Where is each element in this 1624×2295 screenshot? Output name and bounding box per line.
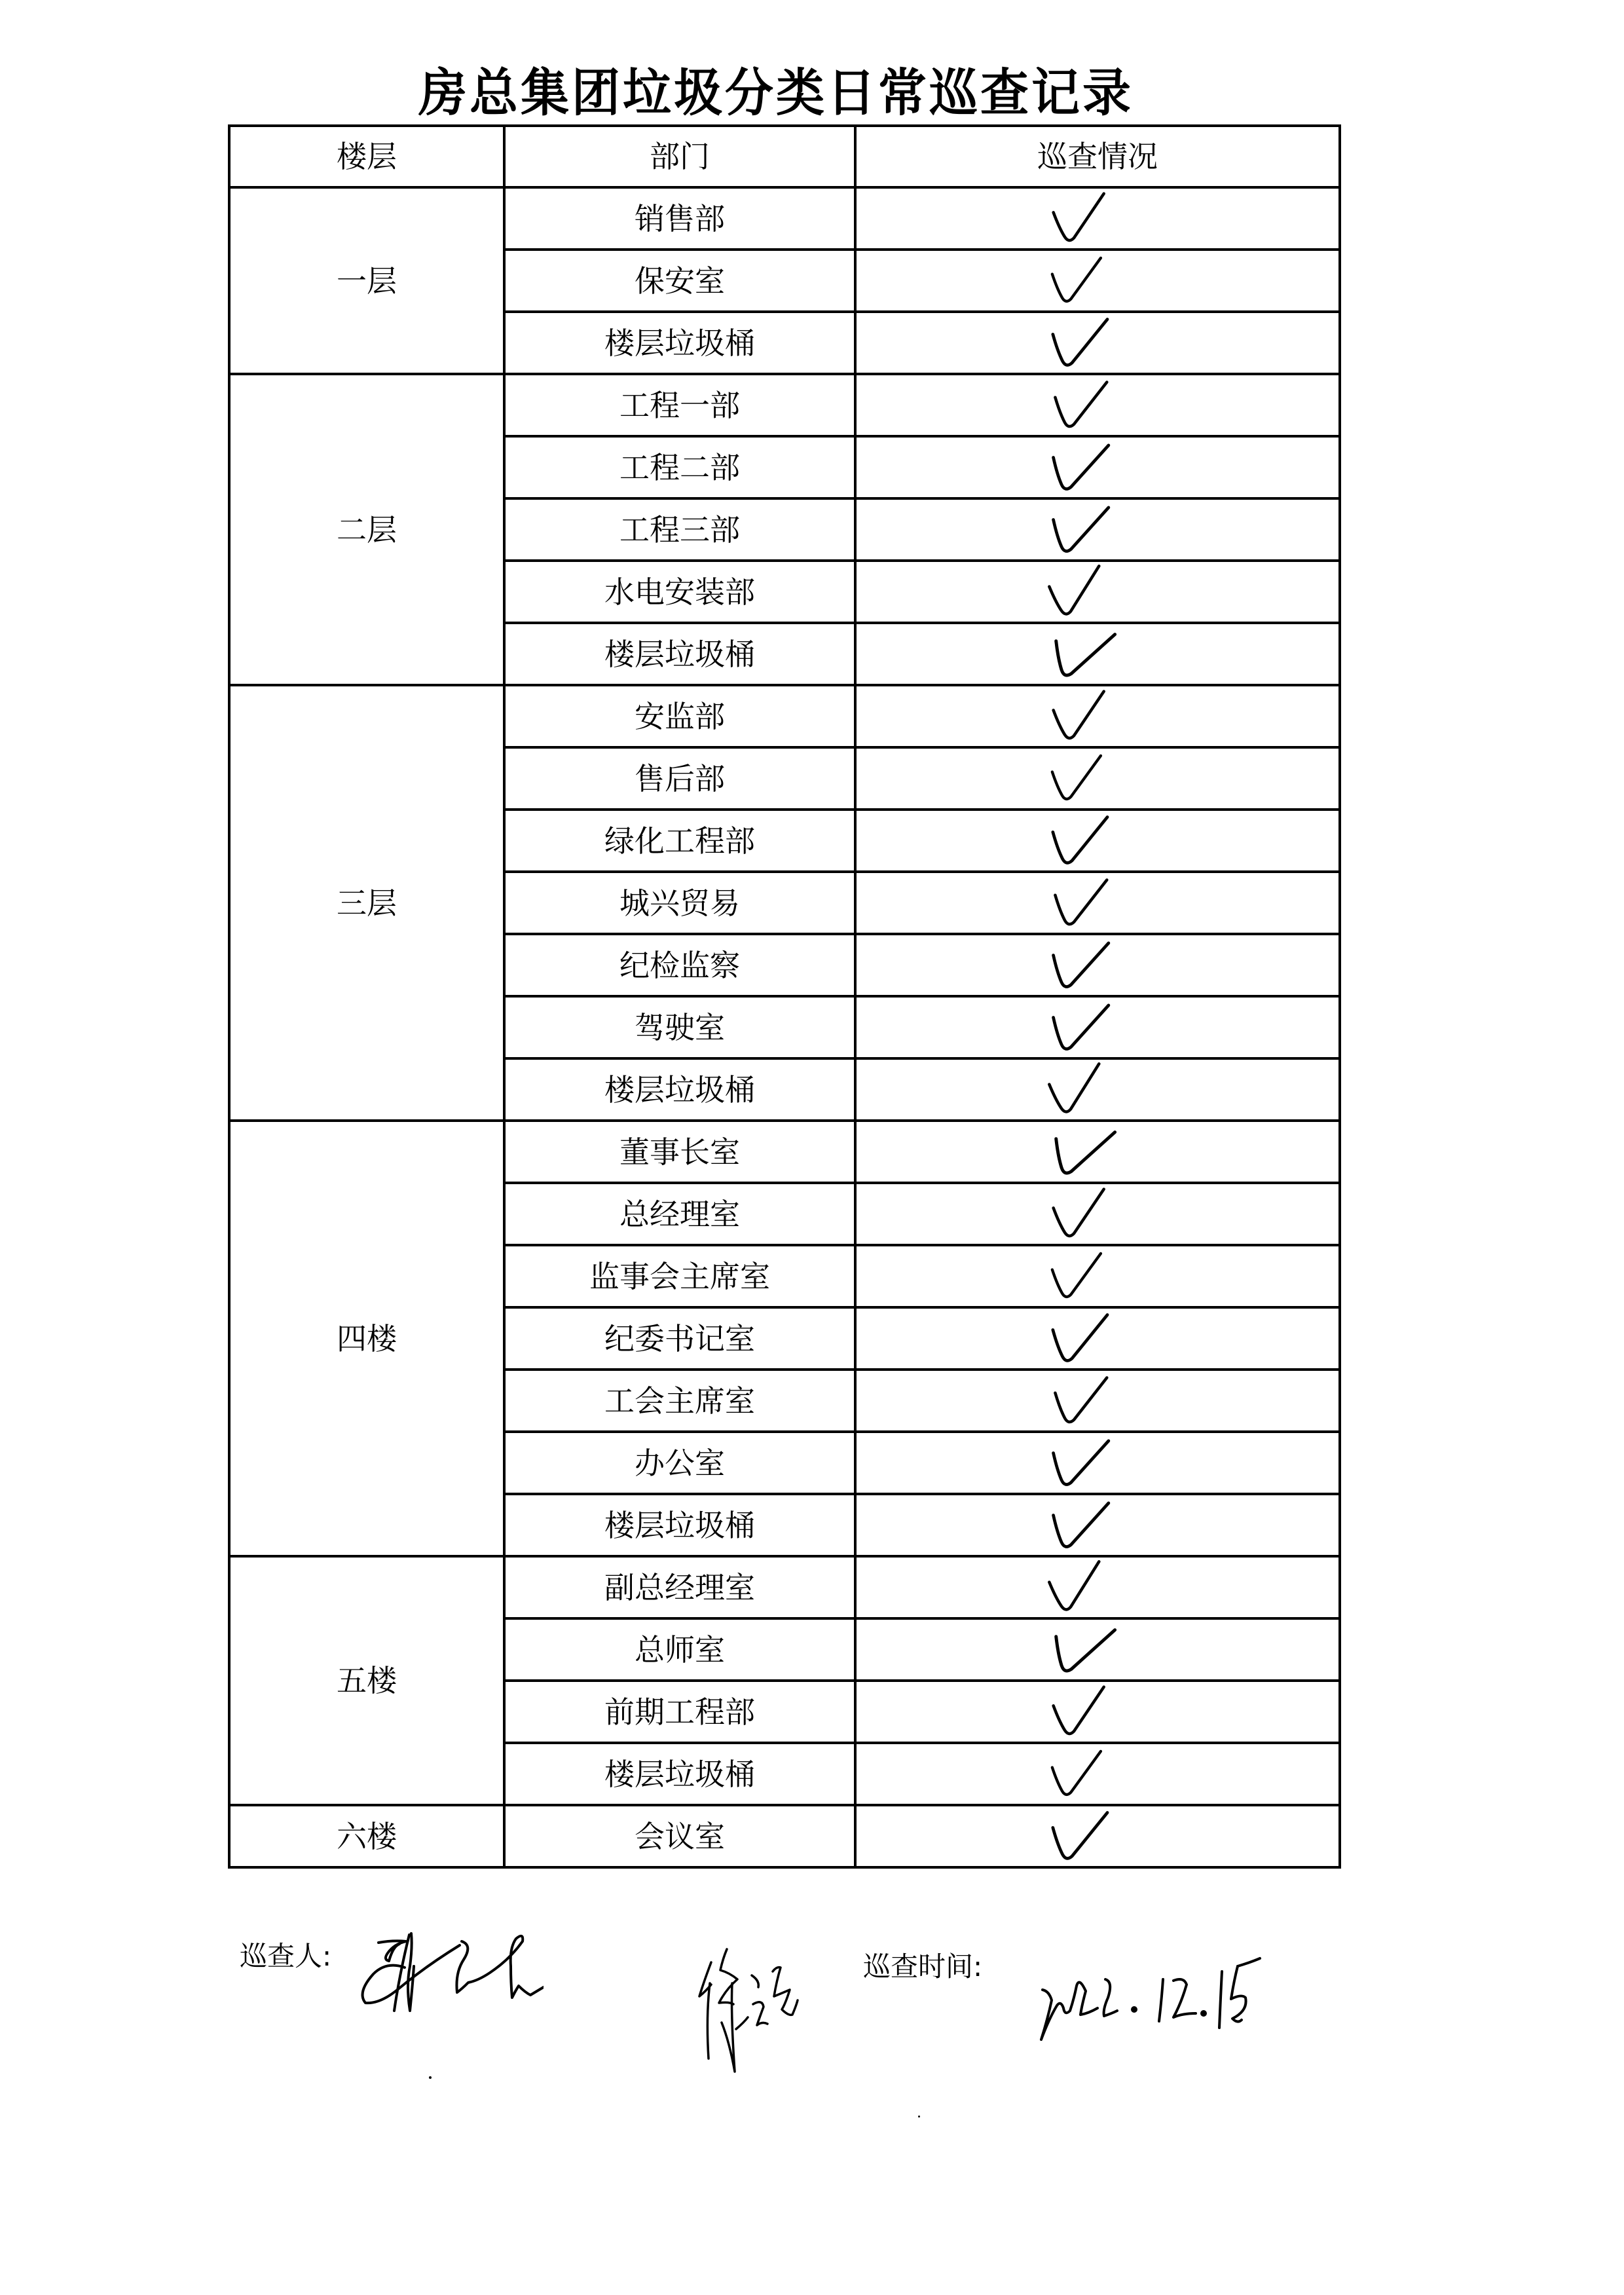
- inspection-date-handwritten: 2022.12.15: [1035, 1953, 1310, 2045]
- inspection-table: 楼层 部门 巡查情况 一层销售部✓保安室✓楼层垃圾桶✓二层工程一部✓工程二部✓工…: [228, 124, 1341, 1869]
- inspection-status-cell: ✓: [855, 1743, 1340, 1805]
- department-cell: 安监部: [504, 685, 855, 747]
- table-row: 二层工程一部✓: [229, 374, 1340, 436]
- department-cell: 楼层垃圾桶: [504, 1058, 855, 1121]
- table-row: 四楼董事长室✓: [229, 1121, 1340, 1183]
- department-cell: 绿化工程部: [504, 810, 855, 872]
- checkmark-icon: ✓: [1042, 375, 1116, 436]
- header-status: 巡查情况: [855, 126, 1340, 187]
- header-department: 部门: [504, 126, 855, 187]
- floor-cell: 二层: [229, 374, 504, 685]
- checkmark-icon: ✓: [1041, 188, 1115, 250]
- checkmark-icon: ✓: [1036, 560, 1112, 624]
- inspection-status-cell: ✓: [855, 1121, 1340, 1183]
- checkmark-icon: ✓: [1041, 686, 1115, 747]
- checkmark-icon: ✓: [1037, 1490, 1119, 1559]
- inspection-status-cell: ✓: [855, 1307, 1340, 1370]
- inspection-status-cell: ✓: [855, 1494, 1340, 1556]
- floor-cell: 三层: [229, 685, 504, 1121]
- inspection-status-cell: ✓: [855, 685, 1340, 747]
- checkmark-icon: ✓: [1041, 751, 1110, 807]
- scan-speck: [918, 2116, 920, 2118]
- inspection-status-cell: ✓: [855, 1432, 1340, 1494]
- department-cell: 楼层垃圾桶: [504, 623, 855, 685]
- document-title: 房总集团垃圾分类日常巡查记录: [0, 64, 1624, 122]
- inspection-status-cell: ✓: [855, 374, 1340, 436]
- inspection-status-cell: ✓: [855, 1556, 1340, 1618]
- inspector-label: 巡查人:: [240, 1941, 331, 1971]
- department-cell: 驾驶室: [504, 996, 855, 1058]
- table-header-row: 楼层 部门 巡查情况: [229, 126, 1340, 187]
- checkmark-icon: ✓: [1042, 872, 1116, 934]
- department-cell: 水电安装部: [504, 561, 855, 623]
- inspector-signature-2: [694, 1944, 805, 2081]
- checkmark-icon: ✓: [1037, 432, 1119, 502]
- scan-speck: [429, 2076, 432, 2079]
- department-cell: 工会主席室: [504, 1370, 855, 1432]
- inspection-status-cell: ✓: [855, 1058, 1340, 1121]
- floor-cell: 一层: [229, 187, 504, 374]
- department-cell: 工程一部: [504, 374, 855, 436]
- checkmark-icon: ✓: [1039, 1803, 1117, 1869]
- checkmark-icon: ✓: [1037, 1428, 1119, 1497]
- table-row: 六楼会议室✓: [229, 1805, 1340, 1867]
- department-cell: 监事会主席室: [504, 1245, 855, 1307]
- checkmark-icon: ✓: [1041, 1184, 1115, 1245]
- table-row: 五楼副总经理室✓: [229, 1556, 1340, 1618]
- department-cell: 董事长室: [504, 1121, 855, 1183]
- checkmark-icon: ✓: [1036, 1058, 1112, 1121]
- inspection-table-container: 楼层 部门 巡查情况 一层销售部✓保安室✓楼层垃圾桶✓二层工程一部✓工程二部✓工…: [228, 124, 1338, 1869]
- inspection-status-cell: ✓: [855, 934, 1340, 996]
- inspection-status-cell: ✓: [855, 498, 1340, 561]
- floor-cell: 四楼: [229, 1121, 504, 1556]
- checkmark-icon: ✓: [1035, 1610, 1126, 1690]
- checkmark-icon: ✓: [1037, 930, 1119, 999]
- footer: 巡查人: 巡查时间: 2022.12.15: [0, 1940, 1624, 2110]
- inspection-status-cell: ✓: [855, 623, 1340, 685]
- department-cell: 保安室: [504, 250, 855, 312]
- department-cell: 总师室: [504, 1618, 855, 1681]
- inspection-status-cell: ✓: [855, 1245, 1340, 1307]
- checkmark-icon: ✓: [1041, 1248, 1110, 1305]
- department-cell: 销售部: [504, 187, 855, 250]
- inspection-status-cell: ✓: [855, 312, 1340, 374]
- inspection-status-cell: ✓: [855, 250, 1340, 312]
- inspection-status-cell: ✓: [855, 1370, 1340, 1432]
- department-cell: 楼层垃圾桶: [504, 1494, 855, 1556]
- department-cell: 办公室: [504, 1432, 855, 1494]
- checkmark-icon: ✓: [1041, 1746, 1110, 1802]
- inspection-status-cell: ✓: [855, 747, 1340, 810]
- department-cell: 总经理室: [504, 1183, 855, 1245]
- inspection-time-label: 巡查时间:: [863, 1952, 982, 1982]
- header-floor: 楼层: [229, 126, 504, 187]
- department-cell: 前期工程部: [504, 1681, 855, 1743]
- department-cell: 工程二部: [504, 436, 855, 498]
- inspection-status-cell: ✓: [855, 1805, 1340, 1867]
- checkmark-icon: ✓: [1039, 310, 1117, 375]
- document-title-text: 房总集团垃圾分类日常巡查记录: [418, 64, 1134, 122]
- table-row: 一层销售部✓: [229, 187, 1340, 250]
- department-cell: 纪检监察: [504, 934, 855, 996]
- checkmark-icon: ✓: [1035, 1112, 1126, 1192]
- inspector-signature-1: [347, 1927, 544, 2015]
- inspection-status-cell: ✓: [855, 1618, 1340, 1681]
- inspection-status-cell: ✓: [855, 1681, 1340, 1743]
- checkmark-icon: ✓: [1041, 1681, 1115, 1743]
- table-body: 一层销售部✓保安室✓楼层垃圾桶✓二层工程一部✓工程二部✓工程三部✓水电安装部✓楼…: [229, 187, 1340, 1867]
- checkmark-icon: ✓: [1041, 253, 1110, 309]
- checkmark-icon: ✓: [1039, 808, 1117, 873]
- inspection-status-cell: ✓: [855, 187, 1340, 250]
- checkmark-icon: ✓: [1037, 494, 1119, 564]
- department-cell: 纪委书记室: [504, 1307, 855, 1370]
- checkmark-icon: ✓: [1035, 614, 1126, 694]
- department-cell: 城兴贸易: [504, 872, 855, 934]
- floor-cell: 五楼: [229, 1556, 504, 1805]
- inspection-status-cell: ✓: [855, 561, 1340, 623]
- department-cell: 工程三部: [504, 498, 855, 561]
- inspection-status-cell: ✓: [855, 810, 1340, 872]
- table-row: 三层安监部✓: [229, 685, 1340, 747]
- checkmark-icon: ✓: [1036, 1556, 1112, 1619]
- department-cell: 副总经理室: [504, 1556, 855, 1618]
- inspection-status-cell: ✓: [855, 872, 1340, 934]
- inspection-status-cell: ✓: [855, 436, 1340, 498]
- department-cell: 楼层垃圾桶: [504, 312, 855, 374]
- inspection-status-cell: ✓: [855, 996, 1340, 1058]
- department-cell: 售后部: [504, 747, 855, 810]
- department-cell: 楼层垃圾桶: [504, 1743, 855, 1805]
- floor-cell: 六楼: [229, 1805, 504, 1867]
- inspection-status-cell: ✓: [855, 1183, 1340, 1245]
- checkmark-icon: ✓: [1039, 1305, 1117, 1371]
- checkmark-icon: ✓: [1037, 992, 1119, 1062]
- department-cell: 会议室: [504, 1805, 855, 1867]
- checkmark-icon: ✓: [1042, 1370, 1116, 1432]
